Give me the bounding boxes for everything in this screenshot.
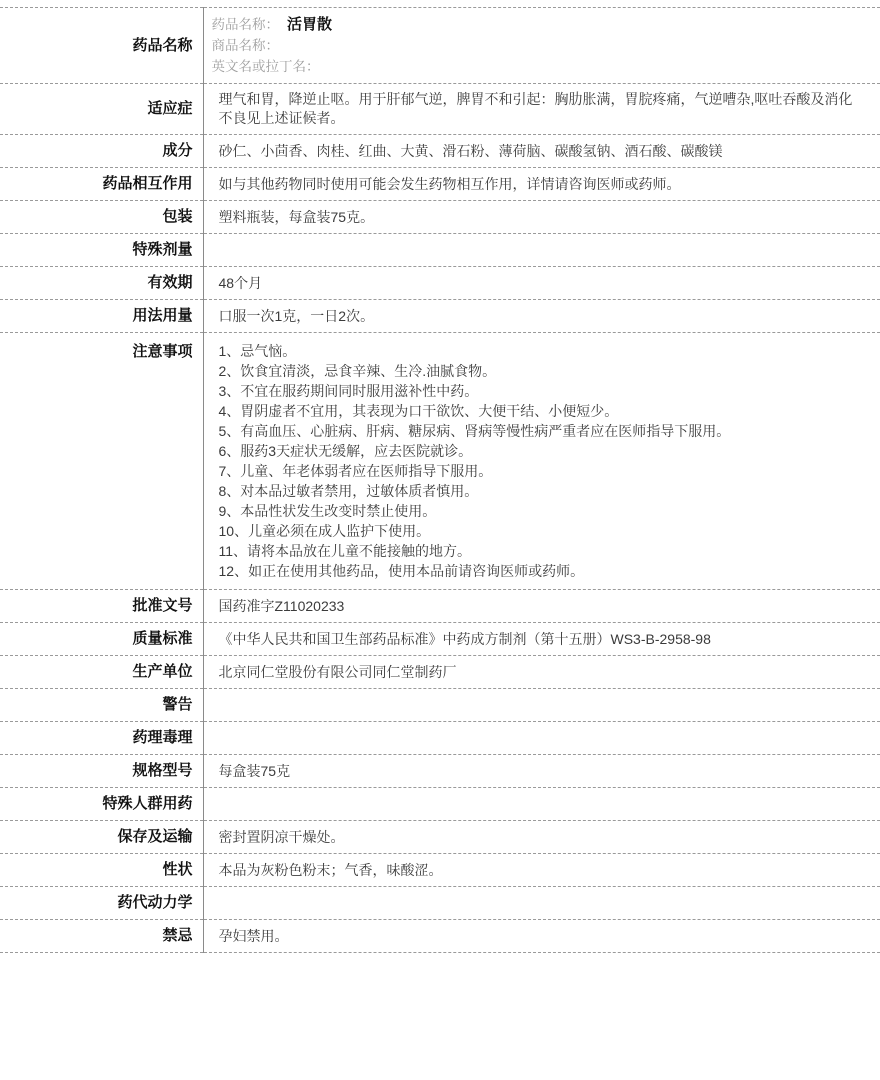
table-row: 质量标准 《中华人民共和国卫生部药品标准》中药成方制剂（第十五册）WS3-B-2… [0, 623, 880, 656]
row-value [203, 722, 880, 755]
precaution-item: 10、儿童必须在成人监护下使用。 [219, 521, 867, 541]
row-label: 成分 [0, 135, 203, 168]
row-value: 口服一次1克，一日2次。 [203, 300, 880, 333]
row-label: 药品相互作用 [0, 168, 203, 201]
row-label: 药品名称 [0, 8, 203, 84]
row-label: 警告 [0, 689, 203, 722]
precaution-item: 2、饮食宜清淡，忌食辛辣、生冷.油腻食物。 [219, 361, 867, 381]
table-row: 警告 [0, 689, 880, 722]
row-value [203, 234, 880, 267]
row-value: 药品名称：活胃散 商品名称： 英文名或拉丁名： [203, 8, 880, 84]
trade-name-line: 商品名称： [212, 35, 867, 56]
row-label: 性状 [0, 854, 203, 887]
row-label: 注意事项 [0, 333, 203, 590]
table-row: 特殊人群用药 [0, 788, 880, 821]
drug-name-value: 活胃散 [287, 16, 332, 33]
row-value: 砂仁、小茴香、肉桂、红曲、大黄、滑石粉、薄荷脑、碳酸氢钠、酒石酸、碳酸镁 [203, 135, 880, 168]
row-value: 密封置阴凉干燥处。 [203, 821, 880, 854]
row-value: 48个月 [203, 267, 880, 300]
latin-name-line: 英文名或拉丁名： [212, 56, 867, 77]
row-label: 生产单位 [0, 656, 203, 689]
page: { "colors": { "row_divider_dashed": "#9a… [0, 0, 880, 1080]
row-value: 理气和胃，降逆止呕。用于肝郁气逆，脾胃不和引起：胸肋胀满，胃脘疼痛，气逆嘈杂,呕… [203, 84, 880, 135]
table-row: 药代动力学 [0, 887, 880, 920]
table-row: 包装 塑料瓶装，每盒装75克。 [0, 201, 880, 234]
table-row: 有效期 48个月 [0, 267, 880, 300]
table-row: 性状 本品为灰粉色粉末；气香，味酸涩。 [0, 854, 880, 887]
field-key: 药品名称： [212, 17, 280, 32]
precaution-item: 1、忌气恼。 [219, 341, 867, 361]
precaution-item: 5、有高血压、心脏病、肝病、糖尿病、肾病等慢性病严重者应在医师指导下服用。 [219, 421, 867, 441]
row-value: 国药准字Z11020233 [203, 590, 880, 623]
row-label: 用法用量 [0, 300, 203, 333]
field-key: 商品名称： [212, 38, 280, 53]
table-row-drug-name: 药品名称 药品名称：活胃散 商品名称： 英文名或拉丁名： [0, 8, 880, 84]
precaution-item: 8、对本品过敏者禁用，过敏体质者慎用。 [219, 481, 867, 501]
row-label: 有效期 [0, 267, 203, 300]
row-value [203, 788, 880, 821]
row-label: 药理毒理 [0, 722, 203, 755]
precaution-item: 3、不宜在服药期间同时服用滋补性中药。 [219, 381, 867, 401]
precaution-item: 11、请将本品放在儿童不能接触的地方。 [219, 541, 867, 561]
row-value [203, 887, 880, 920]
precaution-item: 12、如正在使用其他药品，使用本品前请咨询医师或药师。 [219, 561, 867, 581]
table-row: 药理毒理 [0, 722, 880, 755]
row-value: 塑料瓶装，每盒装75克。 [203, 201, 880, 234]
row-label: 药代动力学 [0, 887, 203, 920]
row-label: 规格型号 [0, 755, 203, 788]
precaution-item: 4、胃阴虚者不宜用，其表现为口干欲饮、大便干结、小便短少。 [219, 401, 867, 421]
row-label: 质量标准 [0, 623, 203, 656]
precaution-item: 7、儿童、年老体弱者应在医师指导下服用。 [219, 461, 867, 481]
row-label: 适应症 [0, 84, 203, 135]
row-label: 特殊人群用药 [0, 788, 203, 821]
drug-name-line: 药品名称：活胃散 [212, 14, 867, 35]
table-row: 规格型号 每盒装75克 [0, 755, 880, 788]
table-row: 批准文号 国药准字Z11020233 [0, 590, 880, 623]
field-key: 英文名或拉丁名： [212, 59, 320, 74]
row-value [203, 689, 880, 722]
table-row: 禁忌 孕妇禁用。 [0, 920, 880, 953]
row-value: 孕妇禁用。 [203, 920, 880, 953]
table-row: 药品相互作用 如与其他药物同时使用可能会发生药物相互作用，详情请咨询医师或药师。 [0, 168, 880, 201]
row-value: 每盒装75克 [203, 755, 880, 788]
row-label: 批准文号 [0, 590, 203, 623]
row-label: 包装 [0, 201, 203, 234]
table-row: 生产单位 北京同仁堂股份有限公司同仁堂制药厂 [0, 656, 880, 689]
table-row: 特殊剂量 [0, 234, 880, 267]
table-row: 适应症 理气和胃，降逆止呕。用于肝郁气逆，脾胃不和引起：胸肋胀满，胃脘疼痛，气逆… [0, 84, 880, 135]
row-label: 特殊剂量 [0, 234, 203, 267]
row-value: 《中华人民共和国卫生部药品标准》中药成方制剂（第十五册）WS3-B-2958-9… [203, 623, 880, 656]
row-value: 1、忌气恼。 2、饮食宜清淡，忌食辛辣、生冷.油腻食物。 3、不宜在服药期间同时… [203, 333, 880, 590]
row-label: 禁忌 [0, 920, 203, 953]
table-row: 用法用量 口服一次1克，一日2次。 [0, 300, 880, 333]
table-row: 成分 砂仁、小茴香、肉桂、红曲、大黄、滑石粉、薄荷脑、碳酸氢钠、酒石酸、碳酸镁 [0, 135, 880, 168]
table-row-precautions: 注意事项 1、忌气恼。 2、饮食宜清淡，忌食辛辣、生冷.油腻食物。 3、不宜在服… [0, 333, 880, 590]
table-row: 保存及运输 密封置阴凉干燥处。 [0, 821, 880, 854]
row-label: 保存及运输 [0, 821, 203, 854]
row-value: 如与其他药物同时使用可能会发生药物相互作用，详情请咨询医师或药师。 [203, 168, 880, 201]
row-value: 本品为灰粉色粉末；气香，味酸涩。 [203, 854, 880, 887]
drug-info-table: 药品名称 药品名称：活胃散 商品名称： 英文名或拉丁名： 适应症 理气和胃，降逆… [0, 7, 880, 953]
precaution-item: 6、服药3天症状无缓解，应去医院就诊。 [219, 441, 867, 461]
precaution-item: 9、本品性状发生改变时禁止使用。 [219, 501, 867, 521]
row-value: 北京同仁堂股份有限公司同仁堂制药厂 [203, 656, 880, 689]
